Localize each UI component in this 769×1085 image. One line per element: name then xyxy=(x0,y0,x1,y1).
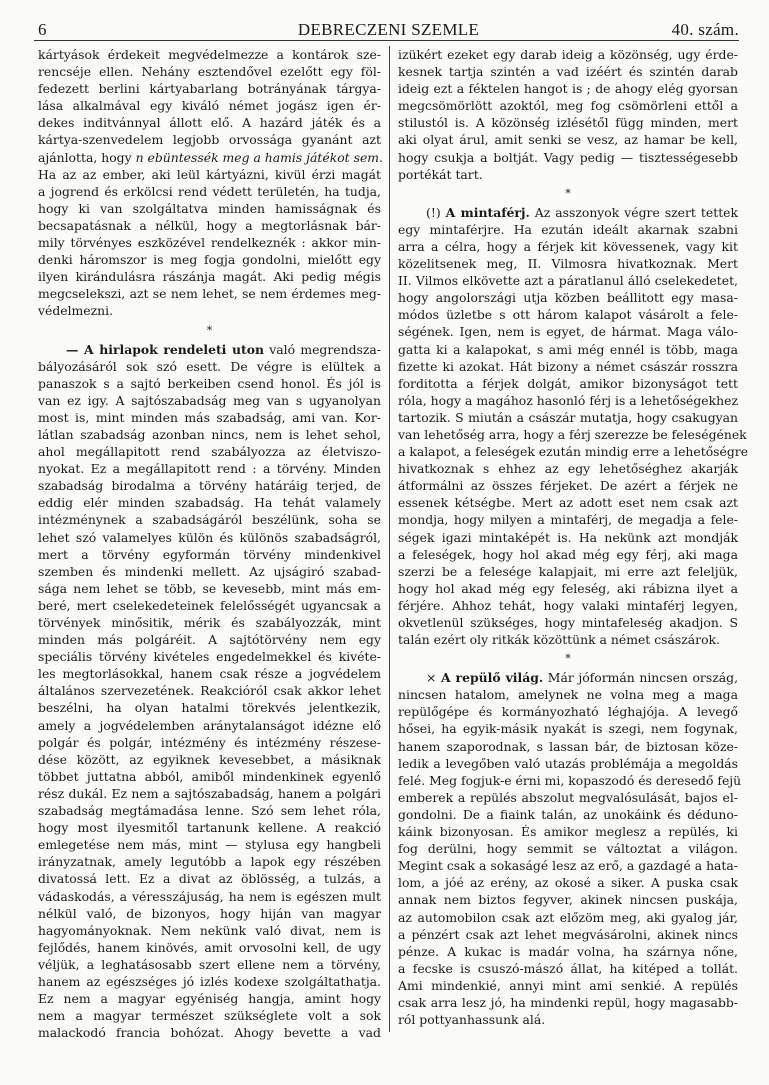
text-run: hogy hol akad még egy feleség, aki rábiz… xyxy=(398,581,738,596)
text-run: (!) xyxy=(426,205,446,220)
text-line: hogy ki van szolgáltatva minden hamisság… xyxy=(38,200,381,217)
text-line: átformálni az összes férjeket. De azért … xyxy=(398,477,738,494)
text-line: emlegetése nem más, mint — stylusa egy h… xyxy=(38,836,381,853)
text-run: hősei, ha egyik-másik nyakát is szegi, n… xyxy=(398,721,738,736)
text-line: × A repülő világ. Már jóformán nincsen o… xyxy=(398,669,738,686)
text-run: forditotta a férjek dolgát, amikor bizon… xyxy=(398,376,738,391)
text-line: hogy hol akad még egy feleség, aki rábiz… xyxy=(398,580,738,597)
text-run: általános szervezetének. Reakcióról csak… xyxy=(38,683,381,698)
text-line: megcsömörlött azoktól, meg fog csömörlen… xyxy=(398,97,738,114)
text-line: nyokat. Ez a megállapitott rend : a törv… xyxy=(38,460,381,477)
issue-number: 40. szám. xyxy=(672,20,739,40)
text-run: divatossá lett. Ez a divat az öblösség, … xyxy=(38,871,381,886)
text-run: védelmezni. xyxy=(38,303,113,318)
text-line: rész dukál. Ez nem a sajtószabadság, han… xyxy=(38,785,381,802)
text-run: nem a magyar természet szükséglete volt … xyxy=(38,1008,381,1023)
text-run: amely a jogvédelemben aránytalanságot id… xyxy=(38,718,381,733)
text-line: hagyományoknak. Nem nekünk való divat, n… xyxy=(38,922,381,939)
text-run: annak nem biztos fegyver, akinek nincsen… xyxy=(398,892,738,907)
text-run: nyokat. Ez a megállapitott rend : a törv… xyxy=(38,461,381,476)
paragraph-model-husband: (!) A mintaférj. Az asszonyok végre szer… xyxy=(398,204,738,648)
text-run: emberek a repülés abszolut megvalósulásá… xyxy=(398,790,738,805)
text-line: gondolni. De a fiaink talán, az unokáink… xyxy=(398,806,738,823)
text-run: lása alkalmával egy kiváló német jogász … xyxy=(38,98,381,113)
text-line: nincsen hatalom, amelynek ne volna meg a… xyxy=(398,686,738,703)
text-run: fedezett berlini kártyabarlang botrányán… xyxy=(38,81,381,96)
text-run: most is, mint minden más szabadság, ami … xyxy=(38,410,381,425)
text-run: nélkül való, de bizonyos, hogy hiján van… xyxy=(38,906,381,921)
text-line: annak nem biztos fegyver, akinek nincsen… xyxy=(398,891,738,908)
text-run: Ez nem a magyar egyéniség hangja, amint … xyxy=(38,991,381,1006)
text-line: malackodó francia bohózat. Ahogy bevette… xyxy=(38,1024,381,1041)
text-line: módos üzletbe s ott három kalapot vásáro… xyxy=(398,306,738,323)
text-run: beré, mert cselekedeteinek felelősségét … xyxy=(38,598,381,613)
page-header: 6 DEBRECZENI SZEMLE 40. szám. xyxy=(38,14,739,40)
text-run: aki olyat árul, amit senki se vesz, az h… xyxy=(398,132,738,147)
text-run: ségének. Igen, nem is egyet, de hármat. … xyxy=(398,324,738,339)
text-run: polgár és polgár, intézmény és intézmény… xyxy=(38,735,381,750)
text-run: tartozik. S miután a császár mutatja, ho… xyxy=(398,410,738,425)
text-line: arra a célra, hogy a férjek kit kövessen… xyxy=(398,238,738,255)
text-line: tartozik. S miután a császár mutatja, ho… xyxy=(398,409,738,426)
text-run: ahol megállapitott rend szabályozza az é… xyxy=(38,444,381,459)
text-run: Már jóformán nincsen ország, xyxy=(543,670,738,685)
text-run: bályozásáról sok szó esett. De végre is … xyxy=(38,359,381,374)
text-run: beszélni, ha olyan hatalmi törekvés jele… xyxy=(38,700,381,715)
text-run: denki háromszor is meg fogja gondolni, m… xyxy=(38,252,381,267)
text-line: mondja, hogy milyen a mintaférj, de mega… xyxy=(398,511,738,528)
text-line: forditotta a férjek dolgát, amikor bizon… xyxy=(398,375,738,392)
text-line: mily törvényes eszközével rendelkeznék :… xyxy=(38,234,381,251)
text-line: szabadság megtámadása lenne. Szó sem leh… xyxy=(38,802,381,819)
text-run: van lehetőség arra, hogy a férj szerezze… xyxy=(398,427,747,442)
paragraph-gambling-continuation: kártyások érdekeit megvédelmezze a kontá… xyxy=(38,46,381,320)
right-column: izükért ezeket egy darab ideig a közönsé… xyxy=(398,46,738,1028)
text-run: van ez igy. A sajtószabadság meg van s u… xyxy=(38,393,381,408)
text-run: hivatkoznak s ehhez az egy lehetőséghez … xyxy=(398,461,738,476)
text-run: szabadság megtámadása lenne. Szó sem leh… xyxy=(38,803,381,818)
text-line: káink bizonyosan. És amikor meglesz a re… xyxy=(398,823,738,840)
text-line: nélkül való, de bizonyos, hogy hiján van… xyxy=(38,905,381,922)
text-line: ségek igazi mintaképét is. Ha nekünk azt… xyxy=(398,529,738,546)
text-line: dése között, az egyiknek kevesebbet, a m… xyxy=(38,751,381,768)
text-line: divatossá lett. Ez a divat az öblösség, … xyxy=(38,870,381,887)
text-run: fizette ki azokat. Hát bizony a német cs… xyxy=(398,359,738,374)
text-line: általános szervezetének. Reakcióról csak… xyxy=(38,682,381,699)
text-line: a feleségek, hogy hol akad még egy férj,… xyxy=(398,546,738,563)
text-line: les megtorlásokkal, hanem csak része a j… xyxy=(38,665,381,682)
text-line: szabadság birodalma a törvény határáig t… xyxy=(38,477,381,494)
text-line: essenek kétségbe. Mert az adott eset nem… xyxy=(398,494,738,511)
text-line: becsapatásnak a nélkül, hogy a megtorlás… xyxy=(38,217,381,234)
text-line: nem a magyar természet szükséglete volt … xyxy=(38,1007,381,1024)
text-line: gatta ki a kalapokat, s ami még ennél is… xyxy=(398,341,738,358)
text-line: lása alkalmával egy kiváló német jogász … xyxy=(38,97,381,114)
text-line: minden más polgáréit. A sajtótörvény nem… xyxy=(38,631,381,648)
text-line: eddig elér minden szabadság. Ha tehát va… xyxy=(38,494,381,511)
text-line: szerzi be a felesége kalapjait, mi erre … xyxy=(398,563,738,580)
paragraph-press-regulation: — A hirlapok rendeleti uton való megrend… xyxy=(38,341,381,1042)
text-run: nincsen hatalom, amelynek ne volna meg a… xyxy=(398,687,738,702)
text-run: Ha az az ember, aki leül kártyázni, kivü… xyxy=(38,167,381,182)
text-run: portékát tart. xyxy=(398,167,483,182)
text-line: fizette ki azokat. Hát bizony a német cs… xyxy=(398,358,738,375)
text-run: megcselekszi, azt se nem lehet, se nem é… xyxy=(38,286,381,301)
left-column: kártyások érdekeit megvédelmezze a kontá… xyxy=(38,46,381,1041)
text-run: pénze. A kukac is madár volna, ha szárny… xyxy=(398,944,738,959)
paragraph-flying-world: × A repülő világ. Már jóformán nincsen o… xyxy=(398,669,738,1028)
text-run: kártya-szenvedelem legjobb orvossága gya… xyxy=(38,132,381,147)
text-run: rész dukál. Ez nem a sajtószabadság, han… xyxy=(38,786,381,801)
text-line: beszélni, ha olyan hatalmi törekvés jele… xyxy=(38,699,381,716)
text-line: panaszok s a sajtó berkeiben csend honol… xyxy=(38,375,381,392)
text-line: véljük, a leghatásosabb szert ellene nem… xyxy=(38,956,381,973)
paragraph-taste-continuation: izükért ezeket egy darab ideig a közönsé… xyxy=(398,46,738,183)
text-run: Ami mindenkié, annyi mint ami senkié. A … xyxy=(398,978,738,993)
text-line: aki olyat árul, amit senki se vesz, az h… xyxy=(398,131,738,148)
text-line: irányzatnak, amely legutóbb a lapok egy … xyxy=(38,853,381,870)
text-line: amely a jogvédelemben aránytalanságot id… xyxy=(38,717,381,734)
text-run: irányzatnak, amely legutóbb a lapok egy … xyxy=(38,854,381,869)
text-line: II. Vilmos elkövette azt a páratlanul ál… xyxy=(398,272,738,289)
text-run: törvények minősitik, mérik és szabályozz… xyxy=(38,615,381,630)
text-line: okvetlenül szükséges, hogy mintafeleség … xyxy=(398,614,738,631)
text-run: többet juttatna abból, amiből mindenkine… xyxy=(38,769,381,784)
text-run: Az asszonyok végre szert tettek xyxy=(530,205,738,220)
text-line: az automobilon csak azt előzöm meg, aki … xyxy=(398,909,738,926)
text-run: felé. Meg fogjuk-e érni mi, kopaszodó és… xyxy=(398,773,741,788)
text-line: Ha az az ember, aki leül kártyázni, kivü… xyxy=(38,166,381,183)
text-line: mert a törvény egyformán törvény mindenk… xyxy=(38,546,381,563)
text-line: hogy csukja a boltját. Vagy pedig — tisz… xyxy=(398,149,738,166)
text-line: emberek a repülés abszolut megvalósulásá… xyxy=(398,789,738,806)
text-line: most is, mint minden más szabadság, ami … xyxy=(38,409,381,426)
text-run: káink bizonyosan. És amikor meglesz a re… xyxy=(398,824,738,839)
text-run: hanem az egészséges jó izlés kodexe szol… xyxy=(38,974,381,989)
text-run: mert a törvény egyformán törvény mindenk… xyxy=(38,547,381,562)
text-line: kesnek tartja szintén a vad izéért és sz… xyxy=(398,63,738,80)
text-run: repülőgépe és kormányozható léghajója. A… xyxy=(398,704,738,719)
text-run: malackodó francia bohózat. Ahogy bevette… xyxy=(38,1025,381,1040)
text-run: megcsömörlött azoktól, meg fog csömörlen… xyxy=(398,98,738,113)
text-line: polgár és polgár, intézmény és intézmény… xyxy=(38,734,381,751)
text-line: Ami mindenkié, annyi mint ami senkié. A … xyxy=(398,977,738,994)
text-run: csak arra lesz jó, ha mindenki repül, ho… xyxy=(398,995,738,1010)
text-run: dése között, az egyiknek kevesebbet, a m… xyxy=(38,752,381,767)
text-run: a jogrend és erkölcsi rend védett terüle… xyxy=(38,184,381,199)
text-line: lom, a jóé az erény, az okosé a siker. A… xyxy=(398,874,738,891)
text-line: repülőgépe és kormányozható léghajója. A… xyxy=(398,703,738,720)
text-run: kártyások érdekeit megvédelmezze a kontá… xyxy=(38,47,381,62)
text-line: férjére. Ahhoz tehát, hogy valaki mintaf… xyxy=(398,597,738,614)
text-line: hogy most ilyesmitől tartanunk kellene. … xyxy=(38,819,381,836)
text-run: les megtorlásokkal, hanem csak része a j… xyxy=(38,666,381,681)
section-separator: * xyxy=(38,322,381,339)
text-line: bályozásáról sok szó esett. De végre is … xyxy=(38,358,381,375)
text-run: okvetlenül szükséges, hogy mintafeleség … xyxy=(398,615,738,630)
text-run: rencséje ellen. Nehány esztendővel ezelő… xyxy=(38,64,381,79)
text-line: többet juttatna abból, amiből mindenkine… xyxy=(38,768,381,785)
text-run: lom, a jóé az erény, az okosé a siker. A… xyxy=(398,875,738,890)
text-line: hanem az egészséges jó izlés kodexe szol… xyxy=(38,973,381,990)
text-run: gatta ki a kalapokat, s ami még ennél is… xyxy=(398,342,738,357)
text-run: lehet szó valamelyes külön és különös sz… xyxy=(38,530,381,545)
text-line: fog derülni, hogy semmit se változtat a … xyxy=(398,840,738,857)
text-run: izükért ezeket egy darab ideig a közönsé… xyxy=(398,47,738,62)
text-run: hanem szaporodnak, s lassan bár, de bizt… xyxy=(398,739,738,754)
text-run: szemben és mindenki mellett. Az ujságiró… xyxy=(38,564,381,579)
text-line: a fecske is csuszó-mászó állat, ha kitép… xyxy=(398,960,738,977)
text-line: fedezett berlini kártyabarlang botrányán… xyxy=(38,80,381,97)
text-run: II. Vilmos elkövette azt a páratlanul ál… xyxy=(398,273,738,288)
text-run: a feleségek, hogy hol akad még egy férj,… xyxy=(398,547,738,562)
text-run: hogy most ilyesmitől tartanunk kellene. … xyxy=(38,820,381,835)
text-line: portékát tart. xyxy=(398,166,738,183)
text-line: közelitsenek meg, II. Vilmosra hivatkozn… xyxy=(398,255,738,272)
section-separator: * xyxy=(398,650,738,667)
text-run: minden más polgáréit. A sajtótörvény nem… xyxy=(38,632,381,647)
text-line: felé. Meg fogjuk-e érni mi, kopaszodó és… xyxy=(398,772,738,789)
text-run: essenek kétségbe. Mert az adott eset nem… xyxy=(398,495,738,510)
text-line: fejlődés, hanem kinövés, amit orvosolni … xyxy=(38,939,381,956)
text-line: Megint csak a sokaságé lesz az erő, a ga… xyxy=(398,857,738,874)
text-run: hogy csukja a boltját. Vagy pedig — tisz… xyxy=(398,150,738,165)
text-run: a pénzért csak azt lehet megvásárolni, a… xyxy=(398,927,738,942)
text-line: stilustól is. A közönség izlésétől függ … xyxy=(398,114,738,131)
text-line: dekes inditvánnyal állott elő. A hazárd … xyxy=(38,114,381,131)
text-line: vádaskodás, a véresszájuság, ha nem is e… xyxy=(38,888,381,905)
text-run: mondja, hogy milyen a mintaférj, de mega… xyxy=(398,512,738,527)
text-run: becsapatásnak a nélkül, hogy a megtorlás… xyxy=(38,218,381,233)
text-line: — A hirlapok rendeleti uton való megrend… xyxy=(38,341,381,358)
text-run: való megrendsza- xyxy=(264,342,381,357)
text-run: sága nem lehet se több, se kevesebb, min… xyxy=(38,581,381,596)
text-line: beré, mert cselekedeteinek felelősségét … xyxy=(38,597,381,614)
text-line: ledik a levegőben való utazás problémája… xyxy=(398,755,738,772)
text-run: véljük, a leghatásosabb szert ellene nem… xyxy=(38,957,381,972)
text-run: ideig ezt a féktelen hangot is ; de ahog… xyxy=(398,81,738,96)
section-heading: A mintaférj. xyxy=(446,205,530,220)
text-run: mily törvényes eszközével rendelkeznék :… xyxy=(38,235,381,250)
text-line: rencséje ellen. Nehány esztendővel ezelő… xyxy=(38,63,381,80)
text-line: pénze. A kukac is madár volna, ha szárny… xyxy=(398,943,738,960)
text-run: a fecske is csuszó-mászó állat, ha kitép… xyxy=(398,961,738,976)
header-rule xyxy=(34,40,739,41)
text-run: az automobilon csak azt előzöm meg, aki … xyxy=(398,910,738,925)
text-run: eddig elér minden szabadság. Ha tehát va… xyxy=(38,495,381,510)
text-line: intézménynek a szabadságáról beszélünk, … xyxy=(38,511,381,528)
text-line: izükért ezeket egy darab ideig a közönsé… xyxy=(398,46,738,63)
text-line: (!) A mintaférj. Az asszonyok végre szer… xyxy=(398,204,738,221)
text-line: védelmezni. xyxy=(38,302,381,319)
text-line: talán ezért oly ritkák közöttünk a német… xyxy=(398,631,738,648)
text-line: denki háromszor is meg fogja gondolni, m… xyxy=(38,251,381,268)
text-run: szabadság birodalma a törvény határáig t… xyxy=(38,478,381,493)
text-run: szerzi be a felesége kalapjait, mi erre … xyxy=(398,564,738,579)
text-line: hivatkoznak s ehhez az egy lehetőséghez … xyxy=(398,460,738,477)
text-line: ahol megállapitott rend szabályozza az é… xyxy=(38,443,381,460)
text-run: panaszok s a sajtó berkeiben csend honol… xyxy=(38,376,381,391)
section-separator: * xyxy=(398,185,738,202)
text-line: róla, hogy a magához hasonló férj is a l… xyxy=(398,392,738,409)
text-line: a kalapot, a feleségek ezután mindig err… xyxy=(398,443,738,460)
text-line: hogy angolországi utja közben beállitott… xyxy=(398,289,738,306)
text-run: ról pottyanhassunk alá. xyxy=(398,1012,545,1027)
text-run: fog derülni, hogy semmit se változtat a … xyxy=(398,841,738,856)
text-run: közelitsenek meg, II. Vilmosra hivatkozn… xyxy=(398,256,738,271)
text-line: megcselekszi, azt se nem lehet, se nem é… xyxy=(38,285,381,302)
text-run: stilustól is. A közönség izlésétől függ … xyxy=(398,115,738,130)
text-run: × xyxy=(426,670,441,685)
text-line: hanem szaporodnak, s lassan bár, de bizt… xyxy=(398,738,738,755)
text-run: intézménynek a szabadságáról beszélünk, … xyxy=(38,512,381,527)
text-run: fejlődés, hanem kinövés, amit orvosolni … xyxy=(38,940,381,955)
section-heading: — A hirlapok rendeleti uton xyxy=(66,342,264,357)
text-line: szemben és mindenki mellett. Az ujságiró… xyxy=(38,563,381,580)
text-line: ilyen kirándulásra rászánja magát. Aki p… xyxy=(38,268,381,285)
text-run: vádaskodás, a véresszájuság, ha nem is e… xyxy=(38,889,381,904)
text-line: speciális törvény kivételes engedelmekke… xyxy=(38,648,381,665)
text-run: gondolni. De a fiaink talán, az unokáink… xyxy=(398,807,738,822)
emphasis-text: n ebüntessék meg a hamis játékot sem. xyxy=(136,150,383,165)
text-run: ségek igazi mintaképét is. Ha nekünk azt… xyxy=(398,530,738,545)
text-run: hagyományoknak. Nem nekünk való divat, n… xyxy=(38,923,381,938)
text-line: törvények minősitik, mérik és szabályozz… xyxy=(38,614,381,631)
text-run: kesnek tartja szintén a vad izéért és sz… xyxy=(398,64,738,79)
text-run: Megint csak a sokaságé lesz az erő, a ga… xyxy=(398,858,738,873)
text-line: a jogrend és erkölcsi rend védett terüle… xyxy=(38,183,381,200)
text-run: hogy ki van szolgáltatva minden hamisság… xyxy=(38,201,381,216)
text-run: ilyen kirándulásra rászánja magát. Aki p… xyxy=(38,269,381,284)
journal-title: DEBRECZENI SZEMLE xyxy=(38,20,739,40)
text-line: ról pottyanhassunk alá. xyxy=(398,1011,738,1028)
text-line: lehet szó valamelyes külön és különös sz… xyxy=(38,529,381,546)
text-run: róla, hogy a magához hasonló férj is a l… xyxy=(398,393,738,408)
text-line: van lehetőség arra, hogy a férj szerezze… xyxy=(398,426,738,443)
text-run: módos üzletbe s ott három kalapot vásáro… xyxy=(398,307,738,322)
text-line: csak arra lesz jó, ha mindenki repül, ho… xyxy=(398,994,738,1011)
text-run: dekes inditvánnyal állott elő. A hazárd … xyxy=(38,115,381,130)
text-line: Ez nem a magyar egyéniség hangja, amint … xyxy=(38,990,381,1007)
text-line: kártyások érdekeit megvédelmezze a kontá… xyxy=(38,46,381,63)
text-run: átformálni az összes férjeket. De azért … xyxy=(398,478,738,493)
column-divider xyxy=(389,46,390,1032)
text-line: ideig ezt a féktelen hangot is ; de ahog… xyxy=(398,80,738,97)
text-line: van ez igy. A sajtószabadság meg van s u… xyxy=(38,392,381,409)
text-run: arra a célra, hogy a férjek kit kövessen… xyxy=(398,239,738,254)
text-run: talán ezért oly ritkák közöttünk a német… xyxy=(398,632,720,647)
text-run: ajánlotta, hogy xyxy=(38,150,136,165)
text-run: a kalapot, a feleségek ezután mindig err… xyxy=(398,444,748,459)
text-run: egy mintaférjre. Ha ezután ideált akarna… xyxy=(398,222,738,237)
text-line: ségének. Igen, nem is egyet, de hármat. … xyxy=(398,323,738,340)
text-run: ledik a levegőben való utazás problémája… xyxy=(398,756,738,771)
section-heading: A repülő világ. xyxy=(441,670,543,685)
text-line: hősei, ha egyik-másik nyakát is szegi, n… xyxy=(398,720,738,737)
text-line: ajánlotta, hogy n ebüntessék meg a hamis… xyxy=(38,149,381,166)
text-line: egy mintaférjre. Ha ezután ideált akarna… xyxy=(398,221,738,238)
text-line: kártya-szenvedelem legjobb orvossága gya… xyxy=(38,131,381,148)
text-run: hogy angolországi utja közben beállitott… xyxy=(398,290,738,305)
text-line: sága nem lehet se több, se kevesebb, min… xyxy=(38,580,381,597)
text-line: látlan szabadság azonban nincs, nem is l… xyxy=(38,426,381,443)
text-run: férjére. Ahhoz tehát, hogy valaki mintaf… xyxy=(398,598,738,613)
text-run: emlegetése nem más, mint — stylusa egy h… xyxy=(38,837,381,852)
text-run: látlan szabadság azonban nincs, nem is l… xyxy=(38,427,381,442)
text-run: speciális törvény kivételes engedelmekke… xyxy=(38,649,381,664)
text-line: a pénzért csak azt lehet megvásárolni, a… xyxy=(398,926,738,943)
